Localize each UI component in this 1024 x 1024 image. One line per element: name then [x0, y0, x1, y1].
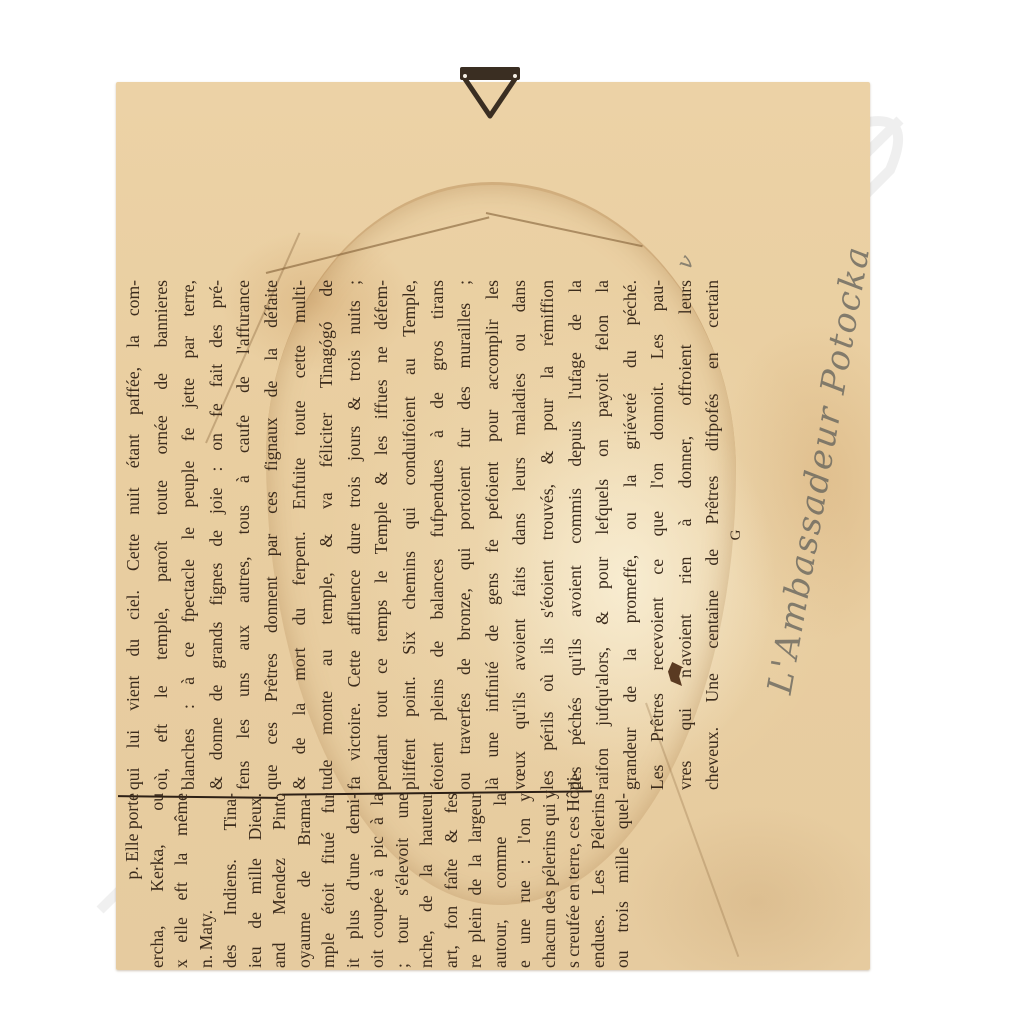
text-line: vres qui n'avoient rien à donner, offroi…	[672, 280, 700, 790]
text-line: fa victoire. Cette affluence dure trois …	[341, 280, 369, 790]
text-line: nche, de la hauteur	[414, 793, 439, 968]
text-line: où, eft le temple, paroît toute ornée de…	[148, 280, 176, 790]
text-line: ercha, Kerka, ou	[145, 793, 170, 968]
text-line: qui lui vient du ciel. Cette nuit étant …	[120, 280, 148, 790]
text-line: raifon jufqu'alors, & pour lefquels on p…	[589, 280, 617, 790]
text-line: oyaume de Brama-	[292, 793, 317, 968]
text-line: ieu de mille Dieux.	[243, 793, 268, 968]
text-line: Les Prêtres recevoient ce que l'on donno…	[644, 280, 672, 790]
text-line: pliffent point. Six chemins qui conduifo…	[396, 280, 424, 790]
text-line: & de la mort du ferpent. Enfuite toute c…	[286, 280, 314, 790]
text-line: & donne de grands fignes de joie : on fe…	[203, 280, 231, 790]
text-line: endues. Les Pélerins	[586, 793, 611, 968]
text-line: des péchés qu'ils avoient commis depuis …	[562, 280, 590, 790]
text-line: it plus d'une demi-	[341, 793, 366, 968]
text-line: blanches : à ce fpectacle le peuple fe j…	[175, 280, 203, 790]
text-line: x elle eft la même	[169, 793, 194, 968]
text-line: n. Maty.	[194, 793, 219, 968]
text-line: là une infinité de gens fe pefoient pour…	[479, 280, 507, 790]
text-line: tude monte au temple, & va féliciter Tin…	[313, 280, 341, 790]
printed-text-upper-block: qui lui vient du ciel. Cette nuit étant …	[120, 280, 745, 790]
text-line: chacun des pélerins qui y	[537, 793, 562, 968]
text-line: fens les uns aux autres, tous à caufe de…	[230, 280, 258, 790]
text-line: s creufée en terre, ces Hôpi-	[561, 793, 586, 968]
text-line: des Indiens. Tina-	[218, 793, 243, 968]
text-line: les périls où ils s'étoient trouvés, & p…	[534, 280, 562, 790]
text-line: re plein de la largeur	[463, 793, 488, 968]
text-line: oit coupée à pic à la	[365, 793, 390, 968]
text-line: ou trois mille quel-	[610, 793, 635, 968]
text-line: ou traverfes de bronze, qui portoient fu…	[451, 280, 479, 790]
text-line: mple étoit fitué fur	[316, 793, 341, 968]
triangle-hanger-icon	[455, 64, 525, 122]
text-line: art, fon faîte & fes	[439, 793, 464, 968]
printed-text-lower-block: p. Elle porte ercha, Kerka, ou x elle ef…	[120, 793, 635, 968]
text-line: pendant tout ce temps le Temple & les if…	[368, 280, 396, 790]
text-line: p. Elle porte	[120, 793, 145, 968]
text-line: autour, comme la	[488, 793, 513, 968]
text-line: ; tour s'élevoit une	[390, 793, 415, 968]
text-line: grandeur de la promeffe, ou la griéveté …	[617, 280, 645, 790]
text-line: vœux qu'ils avoient faits dans leurs mal…	[506, 280, 534, 790]
text-line: étoient pleins de balances fufpendues à …	[424, 280, 452, 790]
text-line: que ces Prêtres donnent par ces fignaux …	[258, 280, 286, 790]
text-line: cheveux. Une centaine de Prêtres difpofé…	[699, 280, 727, 790]
signature-mark: G	[727, 280, 745, 790]
text-line: and Mendez Pinto	[267, 793, 292, 968]
text-line: e une rue : l'on y	[512, 793, 537, 968]
